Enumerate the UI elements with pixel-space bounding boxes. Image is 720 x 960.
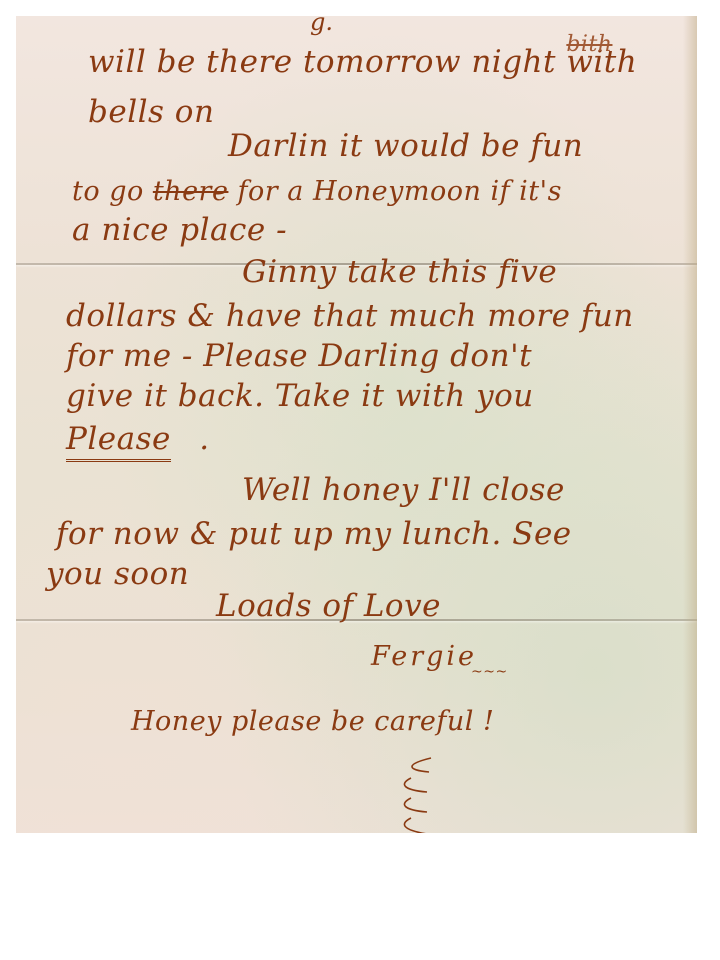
letter-line-13: you soon (46, 556, 189, 592)
letter-line-7: dollars & have that much more fun (66, 298, 634, 334)
letter-line-3: Darlin it would be fun (228, 128, 583, 164)
ink-squiggle-icon (401, 756, 441, 833)
top-fragment: g. (310, 16, 333, 36)
struck-word: bith (566, 32, 612, 57)
struck-word: there (153, 176, 229, 207)
letter-postscript: Honey please be careful ! (131, 706, 494, 737)
signature-flourish: ~~~ (471, 664, 508, 680)
letter-closing: Loads of Love (216, 588, 441, 624)
underlined-word: Please (66, 421, 171, 462)
letter-page: g. will be there tomorrow night bith wit… (16, 16, 697, 833)
letter-line-5: a nice place - (72, 212, 287, 248)
line-text: to go (72, 176, 144, 207)
letter-signature: Fergie (371, 641, 477, 672)
letter-line-8: for me - Please Darling don't (66, 338, 532, 374)
line-text: . (199, 421, 209, 457)
line-text: will be there tomorrow night (88, 44, 556, 80)
letter-line-6: Ginny take this five (242, 254, 557, 290)
letter-line-9: give it back. Take it with you (66, 378, 534, 414)
letter-line-1: will be there tomorrow night bith with (88, 44, 637, 80)
letter-line-4: to go there for a Honeymoon if it's (72, 176, 562, 207)
letter-line-10: Please . (66, 421, 210, 457)
letter-line-2: bells on (88, 94, 214, 130)
line-text: for a Honeymoon if it's (238, 176, 562, 207)
letter-line-11: Well honey I'll close (242, 472, 565, 508)
letter-line-12: for now & put up my lunch. See (56, 516, 572, 552)
